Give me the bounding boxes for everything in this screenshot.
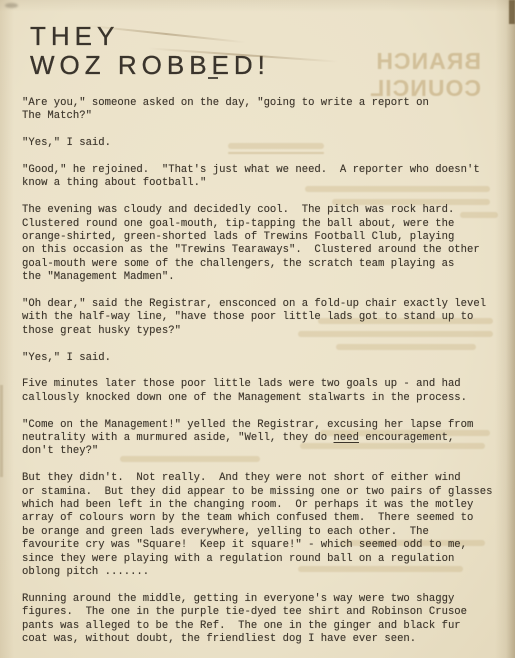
- paragraph: Running around the middle, getting in ev…: [22, 593, 514, 647]
- page-edge-shadow: [509, 0, 515, 24]
- text-segment: "Are you," someone asked on the day, "go…: [22, 97, 429, 122]
- paragraph: "Are you," someone asked on the day, "go…: [22, 97, 514, 124]
- title-exclamation-underline: [208, 77, 218, 79]
- page-crease-left: [0, 385, 3, 477]
- document-body: "Are you," someone asked on the day, "go…: [22, 97, 514, 658]
- scanned-page: BRANCH COUNCIL THEY WOZ ROBBED! "Are you…: [0, 0, 515, 658]
- text-segment: The evening was cloudy and decidedly coo…: [22, 204, 480, 283]
- paragraph: "Oh dear," said the Registrar, ensconced…: [22, 298, 514, 338]
- text-segment: "Good," he rejoined. "That's just what w…: [22, 164, 480, 189]
- text-segment: "Yes," I said.: [22, 352, 111, 364]
- underlined-word: need: [334, 432, 359, 444]
- paragraph: The evening was cloudy and decidedly coo…: [22, 204, 514, 284]
- paragraph: "Good," he rejoined. "That's just what w…: [22, 164, 514, 191]
- paragraph: "Yes," I said.: [22, 352, 514, 365]
- text-segment: Five minutes later those poor little lad…: [22, 378, 467, 403]
- text-segment: "Oh dear," said the Registrar, ensconced…: [22, 298, 486, 337]
- text-segment: Running around the middle, getting in ev…: [22, 593, 467, 645]
- text-segment: "Yes," I said.: [22, 137, 111, 149]
- paragraph: But they didn't. Not really. And they we…: [22, 472, 514, 579]
- title-line2: WOZ ROBBED!: [30, 51, 270, 80]
- paragraph: "Yes," I said.: [22, 137, 514, 150]
- bleedthrough-heading: BRANCH COUNCIL: [341, 48, 481, 102]
- paragraph: "Come on the Management!" yelled the Reg…: [22, 419, 514, 459]
- scan-smudge: [5, 3, 18, 8]
- bleedthrough-line1: BRANCH: [341, 48, 481, 75]
- paragraph: Five minutes later those poor little lad…: [22, 378, 514, 405]
- text-segment: But they didn't. Not really. And they we…: [22, 472, 492, 578]
